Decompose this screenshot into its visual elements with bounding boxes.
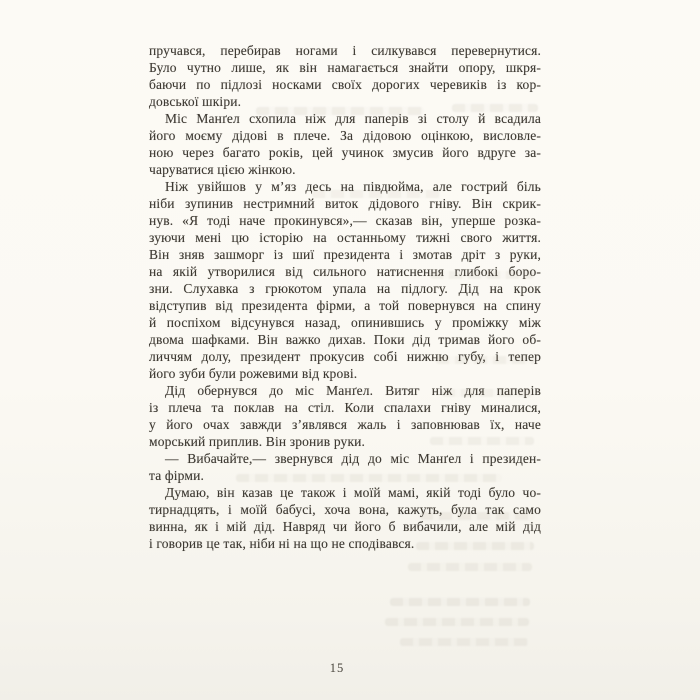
text-line: зуючи мені цю історію на останньому тижн… — [149, 229, 541, 246]
text-line: — Вибачайте,— звернувся дід до міс Манґе… — [149, 450, 541, 467]
showthrough-mark — [430, 437, 534, 445]
text-line: у його очах завжди з’являвся жаль і запо… — [149, 416, 541, 433]
showthrough-mark — [430, 271, 534, 279]
showthrough-mark — [312, 190, 440, 198]
showthrough-mark — [442, 389, 534, 397]
text-line: Було чутно лише, як він намагається знай… — [149, 59, 541, 76]
showthrough-mark — [400, 638, 528, 646]
text-line: й поспіхом відсунувся назад, опинившись … — [149, 314, 541, 331]
text-line: відступив від президента фірми, а той по… — [149, 297, 541, 314]
text-line: Він зняв зашморг із шиї президента і змо… — [149, 246, 541, 263]
showthrough-mark — [452, 104, 538, 112]
text-line: його зуби були рожевими від крові. — [149, 365, 541, 382]
text-line: Думаю, він казав це також і моїй мамі, я… — [149, 484, 541, 501]
showthrough-mark — [385, 618, 529, 626]
text-line: двома шафками. Він важко дихав. Поки дід… — [149, 331, 541, 348]
text-line: його моєму дідові в плече. За дідовою оц… — [149, 127, 541, 144]
text-line: пручався, перебирав ногами і силкувався … — [149, 42, 541, 59]
book-page: пручався, перебирав ногами і силкувався … — [0, 0, 700, 700]
text-line: ною через багато років, цей учинок змуси… — [149, 144, 541, 161]
page-number: 15 — [149, 661, 525, 676]
text-line: зни. Слухавка з грюкотом упала на підлог… — [149, 280, 541, 297]
text-line: баючи по підлозі носками своїх дорогих ч… — [149, 76, 541, 93]
text-line: винна, як і мій дід. Навряд чи його б ви… — [149, 518, 541, 535]
showthrough-mark — [390, 598, 530, 606]
text-line: чаруватися цією жінкою. — [149, 161, 541, 178]
showthrough-mark — [256, 107, 424, 115]
showthrough-mark — [420, 512, 534, 520]
showthrough-mark — [416, 542, 534, 550]
text-line: із плеча та поклав на стіл. Коли спалахи… — [149, 399, 541, 416]
showthrough-mark — [236, 474, 502, 482]
showthrough-mark — [436, 356, 535, 364]
text-line: нув. «Я тоді наче прокинувся»,— сказав в… — [149, 212, 541, 229]
showthrough-mark — [408, 563, 532, 571]
